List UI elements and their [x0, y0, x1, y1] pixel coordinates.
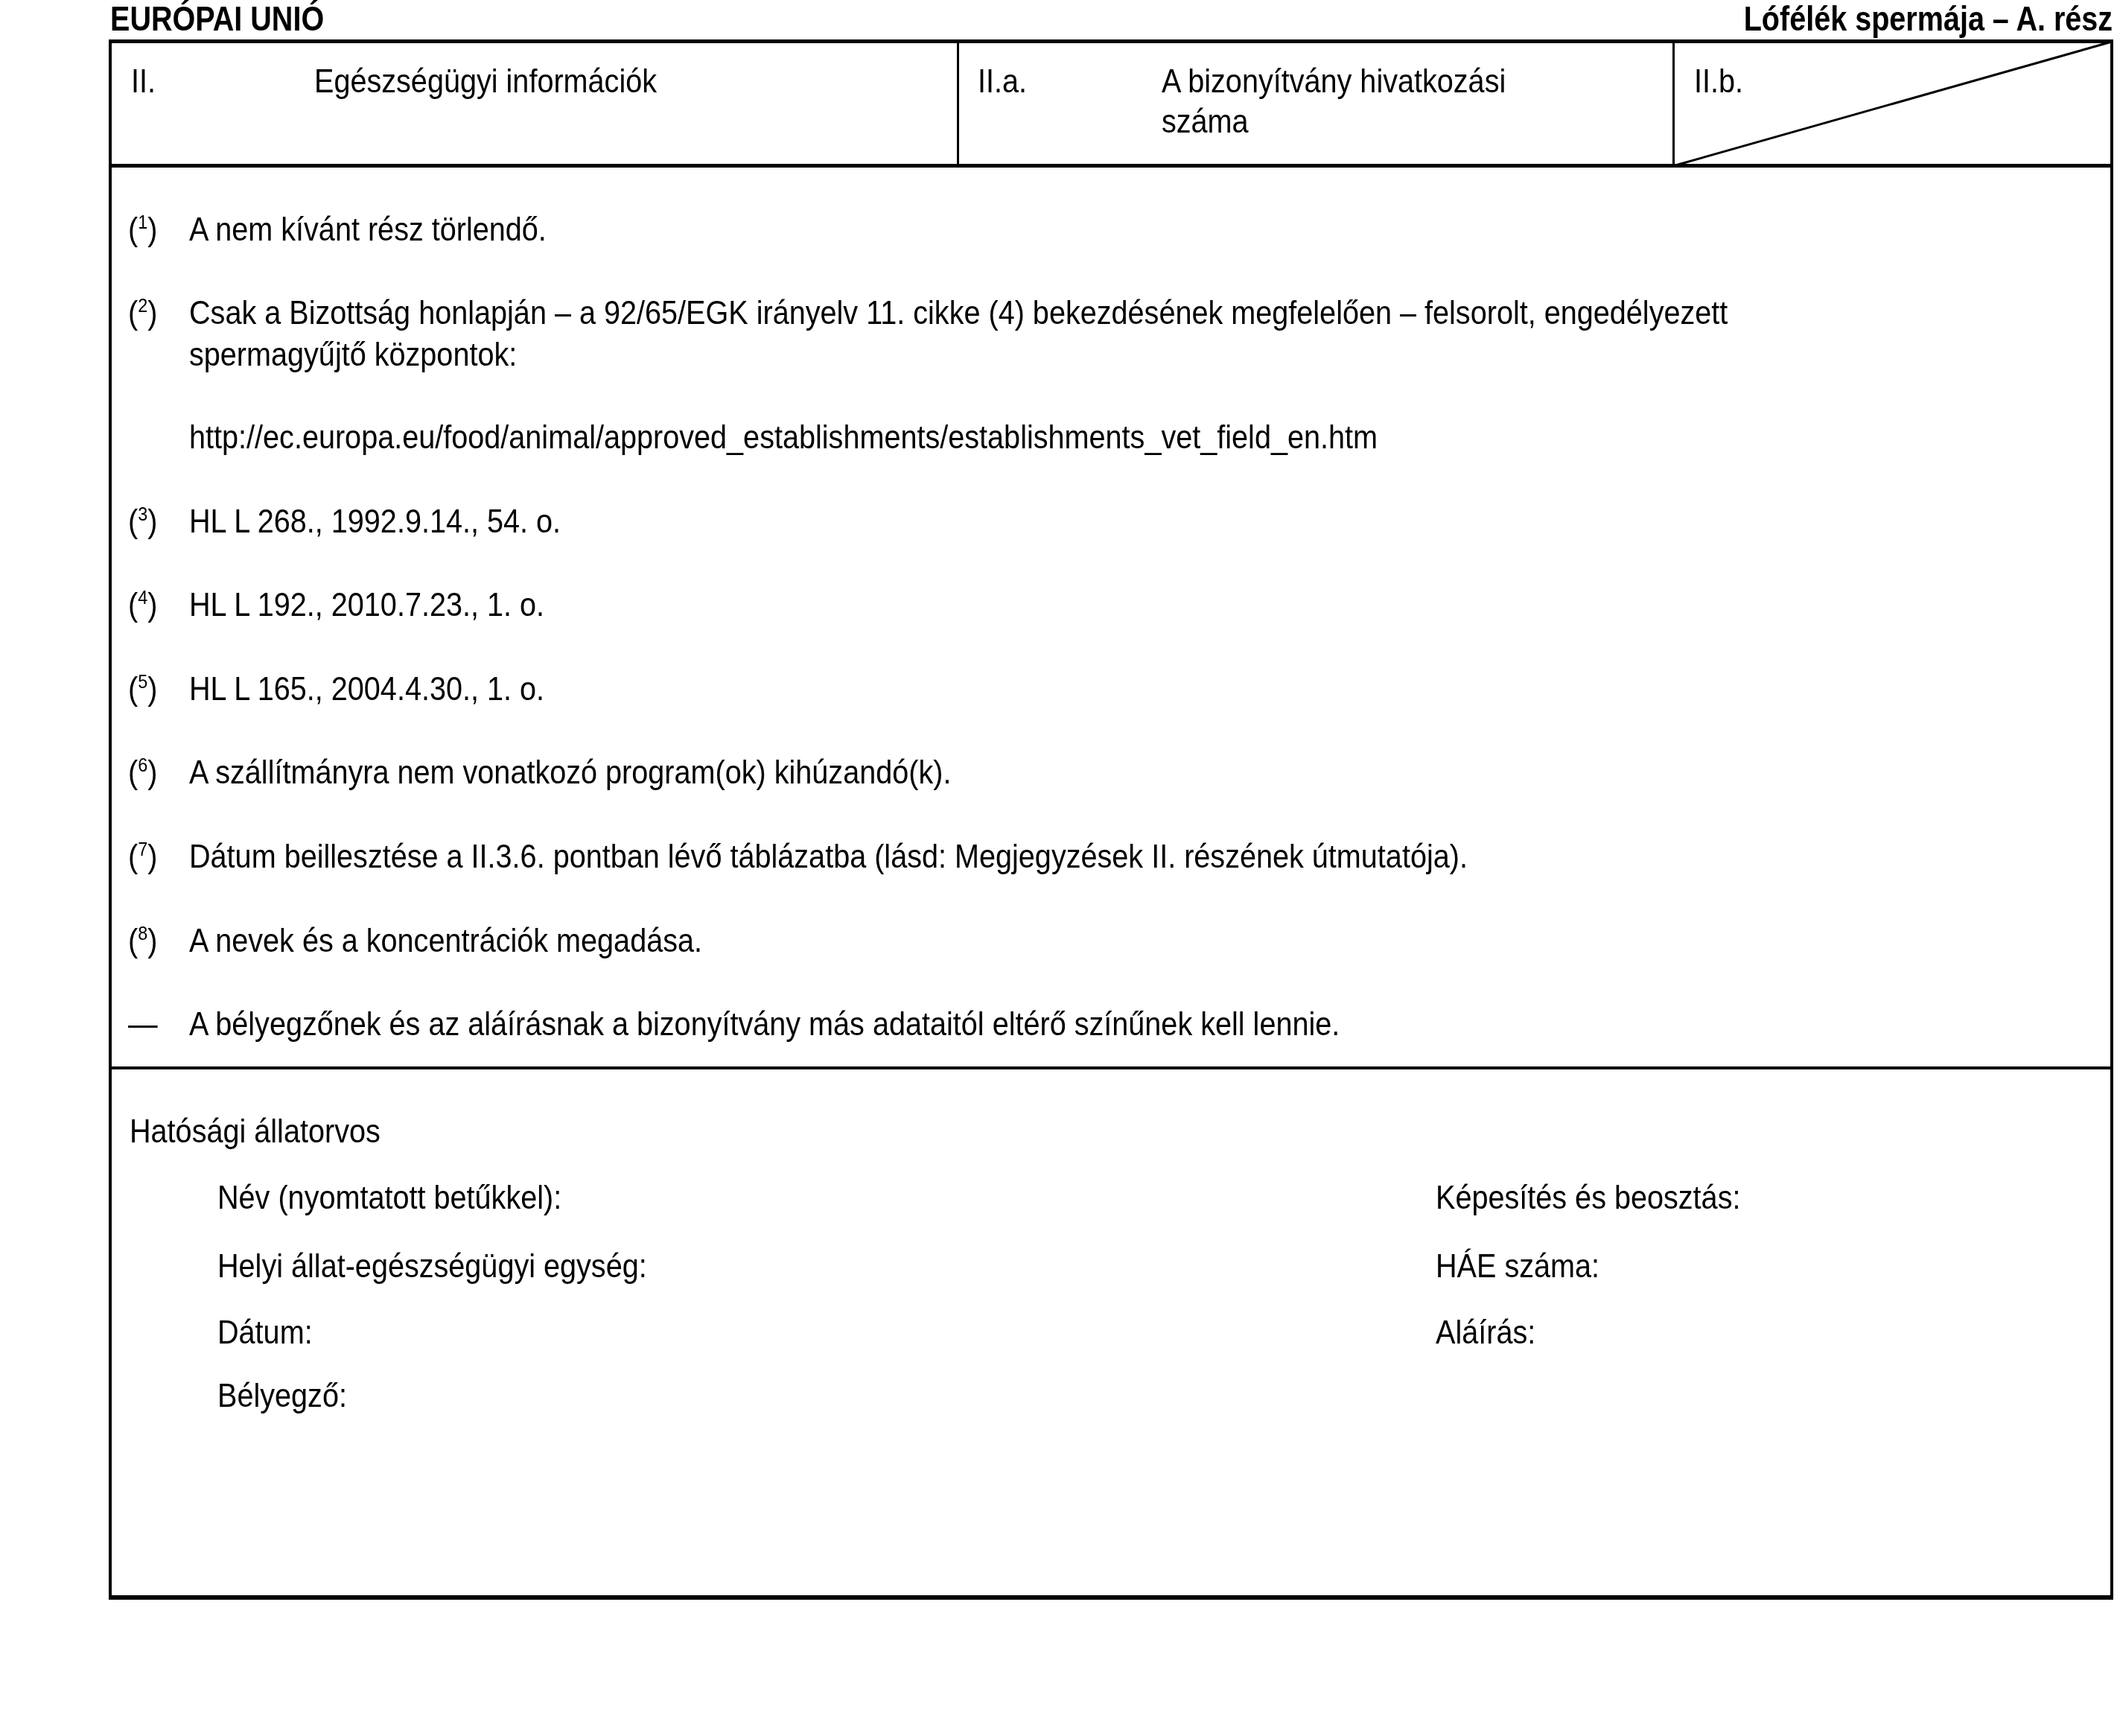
section-number: II. — [131, 61, 156, 103]
footnote-text: Csak a Bizottság honlapján – a 92/65/EGK… — [189, 293, 1728, 334]
reference-title-line1: A bizonyítvány hivatkozási — [1162, 61, 1506, 103]
main-left-border — [109, 165, 112, 1600]
subsection-number: II.b. — [1694, 61, 1743, 103]
footnote-marker: (2) — [128, 293, 157, 338]
name-field-label: Név (nyomtatott betűkkel): — [217, 1177, 561, 1219]
signature-field-label: Aláírás: — [1436, 1312, 1535, 1354]
official-veterinarian-heading: Hatósági állatorvos — [130, 1111, 381, 1153]
footnote-text: A szállítmányra nem vonatkozó program(ok… — [189, 752, 951, 794]
section-title: Egészségügyi információk — [314, 61, 657, 103]
footnote-marker: (6) — [128, 752, 157, 798]
qualification-field-label: Képesítés és beosztás: — [1436, 1177, 1740, 1219]
footnote-text: HL L 165., 2004.4.30., 1. o. — [189, 669, 544, 710]
stamp-colour-note: A bélyegzőnek és az aláírásnak a bizonyí… — [189, 1004, 1340, 1046]
dash-bullet: — — [128, 1004, 158, 1046]
footnote-text: HL L 268., 1992.9.14., 54. o. — [189, 501, 561, 543]
footnote-marker: (7) — [128, 836, 157, 882]
reference-title-line2: száma — [1162, 101, 1249, 143]
footnote-text-continued: spermagyűjtő központok: — [189, 334, 517, 376]
footnote-marker: (8) — [128, 921, 157, 966]
main-bottom-border — [109, 1595, 2113, 1600]
footnote-text: A nem kívánt rész törlendő. — [189, 209, 547, 251]
local-veterinary-unit-field-label: Helyi állat-egészségügyi egység: — [217, 1246, 647, 1288]
footnotes-signature-separator — [109, 1066, 2113, 1069]
date-field-label: Dátum: — [217, 1312, 313, 1354]
footnote-text: Dátum beillesztése a II.3.6. pontban lév… — [189, 836, 1468, 878]
footnote-text: A nevek és a koncentrációk megadása. — [189, 921, 702, 962]
footnote-marker: (5) — [128, 669, 157, 714]
stamp-field-label: Bélyegző: — [217, 1376, 347, 1417]
footnote-text: HL L 192., 2010.7.23., 1. o. — [189, 585, 544, 626]
footnote-marker: (3) — [128, 501, 157, 547]
footnote-marker: (4) — [128, 585, 157, 630]
approved-establishments-link[interactable]: http://ec.europa.eu/food/animal/approved… — [189, 417, 1378, 459]
footnote-marker: (1) — [128, 209, 157, 255]
reference-number-label: II.a. — [978, 61, 1027, 103]
lvu-number-field-label: HÁE száma: — [1436, 1246, 1599, 1288]
main-right-border — [2110, 165, 2113, 1600]
